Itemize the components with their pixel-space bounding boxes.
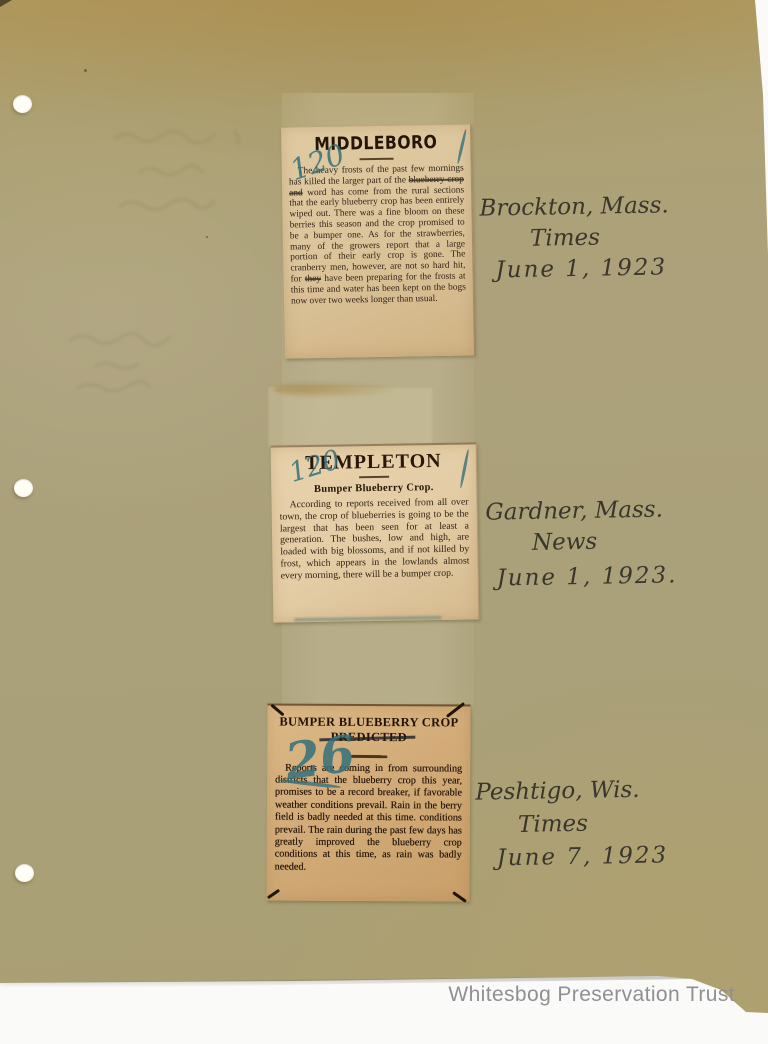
clipping-headline: MIDDLEBORO (293, 132, 458, 156)
punch-hole (14, 479, 33, 497)
clipping-templeton: TEMPLETON Bumper Blueberry Crop. Accordi… (271, 442, 480, 622)
margin-note-brockton: Brockton, Mass. Times June 1, 1923 (479, 194, 670, 282)
body-text-segment: word has come from the rural sections th… (289, 185, 465, 284)
headline-rule (359, 476, 389, 478)
clipping-headline: TEMPLETON (271, 449, 476, 475)
note-source-paper: Times (530, 225, 670, 250)
paper-speck (84, 69, 87, 72)
note-source-city: Brockton, Mass. (479, 194, 669, 220)
headline-rule (359, 158, 393, 161)
clipping-headline-line2: PREDICTED (267, 729, 470, 745)
clipping-subhead: Bumper Blueberry Crop. (271, 481, 476, 495)
note-date: June 1, 1923. (496, 564, 677, 590)
glue-stain (274, 381, 394, 398)
struck-text: they (305, 274, 321, 284)
margin-note-peshtigo: Peshtigo, Wis. Times June 7, 1923 (475, 778, 668, 870)
punch-hole (15, 864, 34, 882)
clipping-body: Reports are coming in from surrounding d… (275, 762, 463, 875)
archive-watermark: Whitesbog Preservation Trust (448, 983, 735, 1007)
clipping-headline-line1: BUMPER BLUEBERRY CROP (267, 714, 470, 730)
note-source-city: Gardner, Mass. (485, 498, 676, 524)
note-source-paper: News (532, 529, 677, 555)
scrapbook-page: MIDDLEBORO The heavy frosts of the past … (0, 0, 768, 1044)
note-source-paper: Times (518, 811, 668, 837)
clipping-body: According to reports received from all o… (279, 497, 469, 583)
clipping-middleboro: MIDDLEBORO The heavy frosts of the past … (281, 124, 475, 358)
corner-smudge (0, 0, 12, 7)
body-text-segment: According to reports received from all o… (280, 497, 470, 582)
corner-mark (452, 891, 467, 903)
paper-speck (206, 236, 208, 238)
note-source-city: Peshtigo, Wis. (475, 778, 667, 804)
body-text-segment: Reports are coming in from surrounding d… (275, 762, 463, 872)
note-date: June 7, 1923 (496, 844, 668, 870)
ink-bleed-through-ghost (48, 322, 218, 402)
punch-hole (13, 95, 32, 113)
clipping-body: The heavy frosts of the past few morning… (289, 163, 466, 306)
corner-mark (267, 889, 280, 899)
margin-note-gardner: Gardner, Mass. News June 1, 1923. (485, 498, 677, 590)
ink-bleed-through-ghost (85, 110, 275, 230)
clipping-bumper-crop: BUMPER BLUEBERRY CROP PREDICTED Reports … (266, 703, 470, 901)
headline-rule (351, 755, 387, 758)
note-date: June 1, 1923 (495, 256, 670, 282)
